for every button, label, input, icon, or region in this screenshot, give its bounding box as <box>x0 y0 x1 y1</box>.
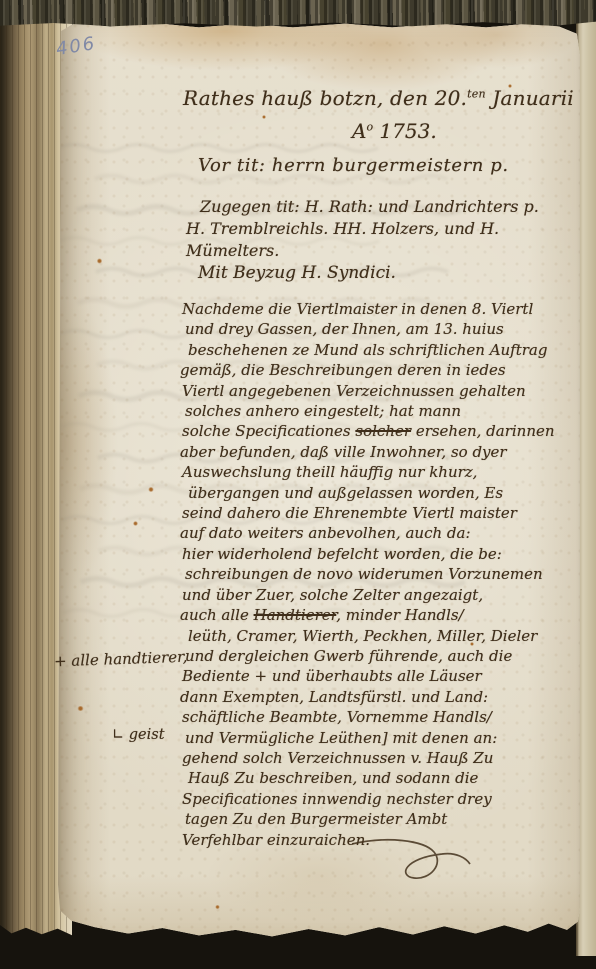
manuscript-line: leüth, Cramer, Wierth, Peckhen, Miller, … <box>188 626 590 646</box>
manuscript-line: Hauß Zu beschreiben, und sodann die <box>188 768 590 788</box>
manuscript-line: übergangen und außgelassen worden, Es <box>188 483 590 503</box>
heading-year: Ao 1753. <box>352 119 437 143</box>
manuscript-line: dann Exempten, Landtsfürstl. und Land: <box>180 687 582 707</box>
margin-note-insertion: ∟ geist <box>112 727 165 743</box>
body-paragraph: Nachdeme die Viertlmaister in denen 8. V… <box>182 299 584 850</box>
superscript-ordinal: ten <box>467 87 486 100</box>
manuscript-line: und Vermügliche Leüthen] mit denen an: <box>185 728 587 748</box>
attendance-line: Zugegen tit: H. Rath: und Landrichters p… <box>200 196 539 218</box>
manuscript-line: hier widerholend befelcht worden, die be… <box>182 544 584 564</box>
manuscript-line: tagen Zu den Burgermeister Ambt <box>185 809 587 829</box>
manuscript-line: gehend solch Verzeichnussen v. Hauß Zu <box>182 748 584 768</box>
manuscript-line: Specificationes innwendig nechster drey <box>182 789 584 809</box>
attendance-line: Mümelters. <box>186 240 539 262</box>
manuscript-line: schäftliche Beambte, Vornemme Handls/ <box>182 707 584 727</box>
heading-place-date: Rathes hauß botzn, den 20.ten Januarii <box>183 86 574 110</box>
manuscript-line: Bediente + und überhaubts alle Läuser <box>182 666 584 686</box>
manuscript-line: solche Specificationes solcher ersehen, … <box>182 421 584 441</box>
manuscript-line: auf dato weiters anbevolhen, auch da: <box>180 523 582 543</box>
attendance-block: Zugegen tit: H. Rath: und Landrichters p… <box>186 196 539 262</box>
ink-flourish <box>346 834 476 890</box>
handwriting-layer: 406 Rathes hauß botzn, den 20.ten Januar… <box>0 0 596 969</box>
struck-word: Handtierer <box>254 606 337 624</box>
struck-word: solcher <box>355 422 411 440</box>
manuscript-line: schreibungen de novo widerumen Vorzuneme… <box>185 564 587 584</box>
manuscript-line: Nachdeme die Viertlmaister in denen 8. V… <box>182 299 584 319</box>
manuscript-line: Auswechslung theill häuffig nur khurz, <box>182 462 584 482</box>
manuscript-line: und dergleichen Gwerb führende, auch die <box>185 646 587 666</box>
salutation-line: Vor tit: herrn burgermeistern p. <box>198 155 509 176</box>
manuscript-line: gemäß, die Beschreibungen deren in iedes <box>180 360 582 380</box>
folio-number-pencil: 406 <box>55 33 98 60</box>
manuscript-line: Viertl angegebenen Verzeichnussen gehalt… <box>182 381 584 401</box>
manuscript-line: auch alle Handtierer, minder Handls/ <box>180 605 582 625</box>
attendance-line: H. Tremblreichls. HH. Holzers, und H. <box>186 218 539 240</box>
manuscript-photo: 406 Rathes hauß botzn, den 20.ten Januar… <box>0 0 596 969</box>
syndic-addendum-line: Mit Beyzug H. Syndici. <box>198 263 396 283</box>
manuscript-line: und über Zuer, solche Zelter angezaigt, <box>182 585 584 605</box>
manuscript-line: solches anhero eingestelt; hat mann <box>185 401 587 421</box>
manuscript-line: und drey Gassen, der Ihnen, am 13. huius <box>185 319 587 339</box>
manuscript-line: aber befunden, daß ville Inwohner, so dy… <box>180 442 582 462</box>
margin-note-insertion: + alle handtierer, <box>54 648 188 671</box>
manuscript-line: seind dahero die Ehrenembte Viertl maist… <box>182 503 584 523</box>
manuscript-line: beschehenen ze Mund als schriftlichen Au… <box>188 340 590 360</box>
